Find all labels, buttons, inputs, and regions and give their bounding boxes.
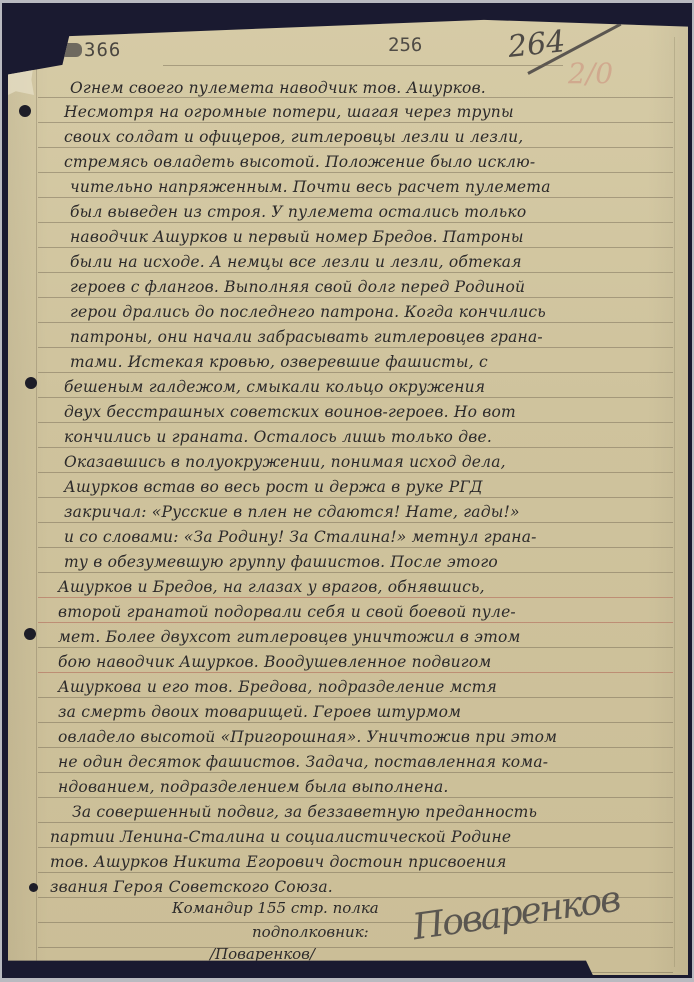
text-line: Ашуркова и его тов. Бредова, подразделен…: [58, 678, 658, 696]
document-page: 366 256 264 2/0 Огнем своего пулемета на…: [8, 17, 688, 975]
text-line: кончились и граната. Осталось лишь тольк…: [64, 428, 664, 446]
ruled-line: [38, 322, 673, 323]
text-line: тами. Истекая кровью, озверевшие фашисты…: [70, 353, 670, 371]
ruled-line: [38, 472, 673, 473]
ruled-line: [38, 222, 673, 223]
text-line: тов. Ашурков Никита Егорович достоин при…: [50, 853, 650, 871]
ruled-line: [38, 297, 673, 298]
text-line: был выведен из строя. У пулемета осталис…: [70, 203, 670, 221]
text-line: Ашурков и Бредов, на глазах у врагов, об…: [58, 578, 658, 596]
ruled-line: [38, 672, 673, 673]
commander-rank: подполковник:: [252, 923, 369, 941]
text-line: овладело высотой «Пригорошная». Уничтожи…: [58, 728, 658, 746]
text-line: своих солдат и офицеров, гитлеровцы лезл…: [64, 128, 664, 146]
punch-hole: [19, 105, 31, 117]
ruled-line: [38, 822, 673, 823]
text-line: были на исходе. А немцы все лезли и лезл…: [70, 253, 670, 271]
ruled-line: [38, 597, 673, 598]
text-line: Ашурков встав во весь рост и держа в рук…: [64, 478, 664, 496]
ruled-line: [38, 522, 673, 523]
text-line: наводчик Ашурков и первый номер Бредов. …: [70, 228, 670, 246]
ruled-line: [38, 872, 673, 873]
ruled-line: [38, 772, 673, 773]
text-line: ту в обезумевшую группу фашистов. После …: [64, 553, 664, 571]
ruled-line: [38, 547, 673, 548]
text-line: второй гранатой подорвали себя и свой бо…: [58, 603, 658, 621]
text-line: стремясь овладеть высотой. Положение был…: [64, 153, 664, 171]
text-line: Несмотря на огромные потери, шагая через…: [64, 103, 664, 121]
stamp-number: 366: [84, 39, 121, 61]
text-line: герои дрались до последнего патрона. Ког…: [70, 303, 670, 321]
ruled-line: [38, 422, 673, 423]
ruled-line: [38, 147, 673, 148]
text-line: Огнем своего пулемета наводчик тов. Ашур…: [70, 79, 670, 97]
stamp-blot: [60, 43, 82, 57]
text-line: ндованием, подразделением была выполнена…: [58, 778, 658, 796]
ruled-line: [38, 722, 673, 723]
text-line: патроны, они начали забрасывать гитлеров…: [70, 328, 670, 346]
text-line: не один десяток фашистов. Задача, постав…: [58, 753, 658, 771]
ruled-line: [38, 622, 673, 623]
right-margin-line: [674, 37, 675, 967]
ruled-line: [38, 372, 673, 373]
ruled-line: [38, 272, 673, 273]
ruled-line: [38, 947, 673, 948]
ruled-line: [38, 797, 673, 798]
ruled-line: [38, 97, 673, 98]
text-line: мет. Более двухсот гитлеровцев уничтожил…: [58, 628, 658, 646]
ruled-line: [38, 747, 673, 748]
text-line: бою наводчик Ашурков. Воодушевленное под…: [58, 653, 658, 671]
text-line: Оказавшись в полуокружении, понимая исхо…: [64, 453, 664, 471]
ruled-line: [38, 347, 673, 348]
punch-hole: [29, 883, 38, 892]
ruled-line: [38, 197, 673, 198]
text-line: За совершенный подвиг, за беззаветную пр…: [72, 803, 672, 821]
scan-frame: 366 256 264 2/0 Огнем своего пулемета на…: [0, 0, 694, 982]
punch-hole: [24, 628, 36, 640]
text-line: героев с флангов. Выполняя свой долг пер…: [70, 278, 670, 296]
text-line: партии Ленина-Сталина и социалистической…: [50, 828, 650, 846]
ruled-line: [38, 497, 673, 498]
text-line: закричал: «Русские в плен не сдаются! На…: [64, 503, 664, 521]
ruled-line: [38, 447, 673, 448]
ruled-line: [38, 247, 673, 248]
ruled-line: [38, 847, 673, 848]
ruled-line: [38, 697, 673, 698]
text-line: и со словами: «За Родину! За Сталина!» м…: [64, 528, 664, 546]
commander-name: /Поваренков/: [210, 945, 315, 963]
ruled-line: [38, 647, 673, 648]
ruled-line: [38, 972, 673, 973]
ruled-line: [38, 172, 673, 173]
text-line: бешеным галдежом, смыкали кольцо окружен…: [64, 378, 664, 396]
ruled-line: [38, 397, 673, 398]
punch-hole: [25, 377, 37, 389]
header-rule: [163, 65, 563, 66]
text-line: двух бесстрашных советских воинов-героев…: [64, 403, 664, 421]
torn-corner: [8, 57, 34, 95]
commander-title: Командир 155 стр. полка: [172, 899, 379, 917]
ruled-line: [38, 122, 673, 123]
text-line: чительно напряженным. Почти весь расчет …: [70, 178, 670, 196]
ruled-line: [38, 572, 673, 573]
page-number: 256: [388, 34, 422, 56]
left-margin-line: [36, 47, 37, 967]
document-date: «27» октября 1944г.: [62, 967, 230, 982]
text-line: за смерть двоих товарищей. Героев штурмо…: [58, 703, 658, 721]
